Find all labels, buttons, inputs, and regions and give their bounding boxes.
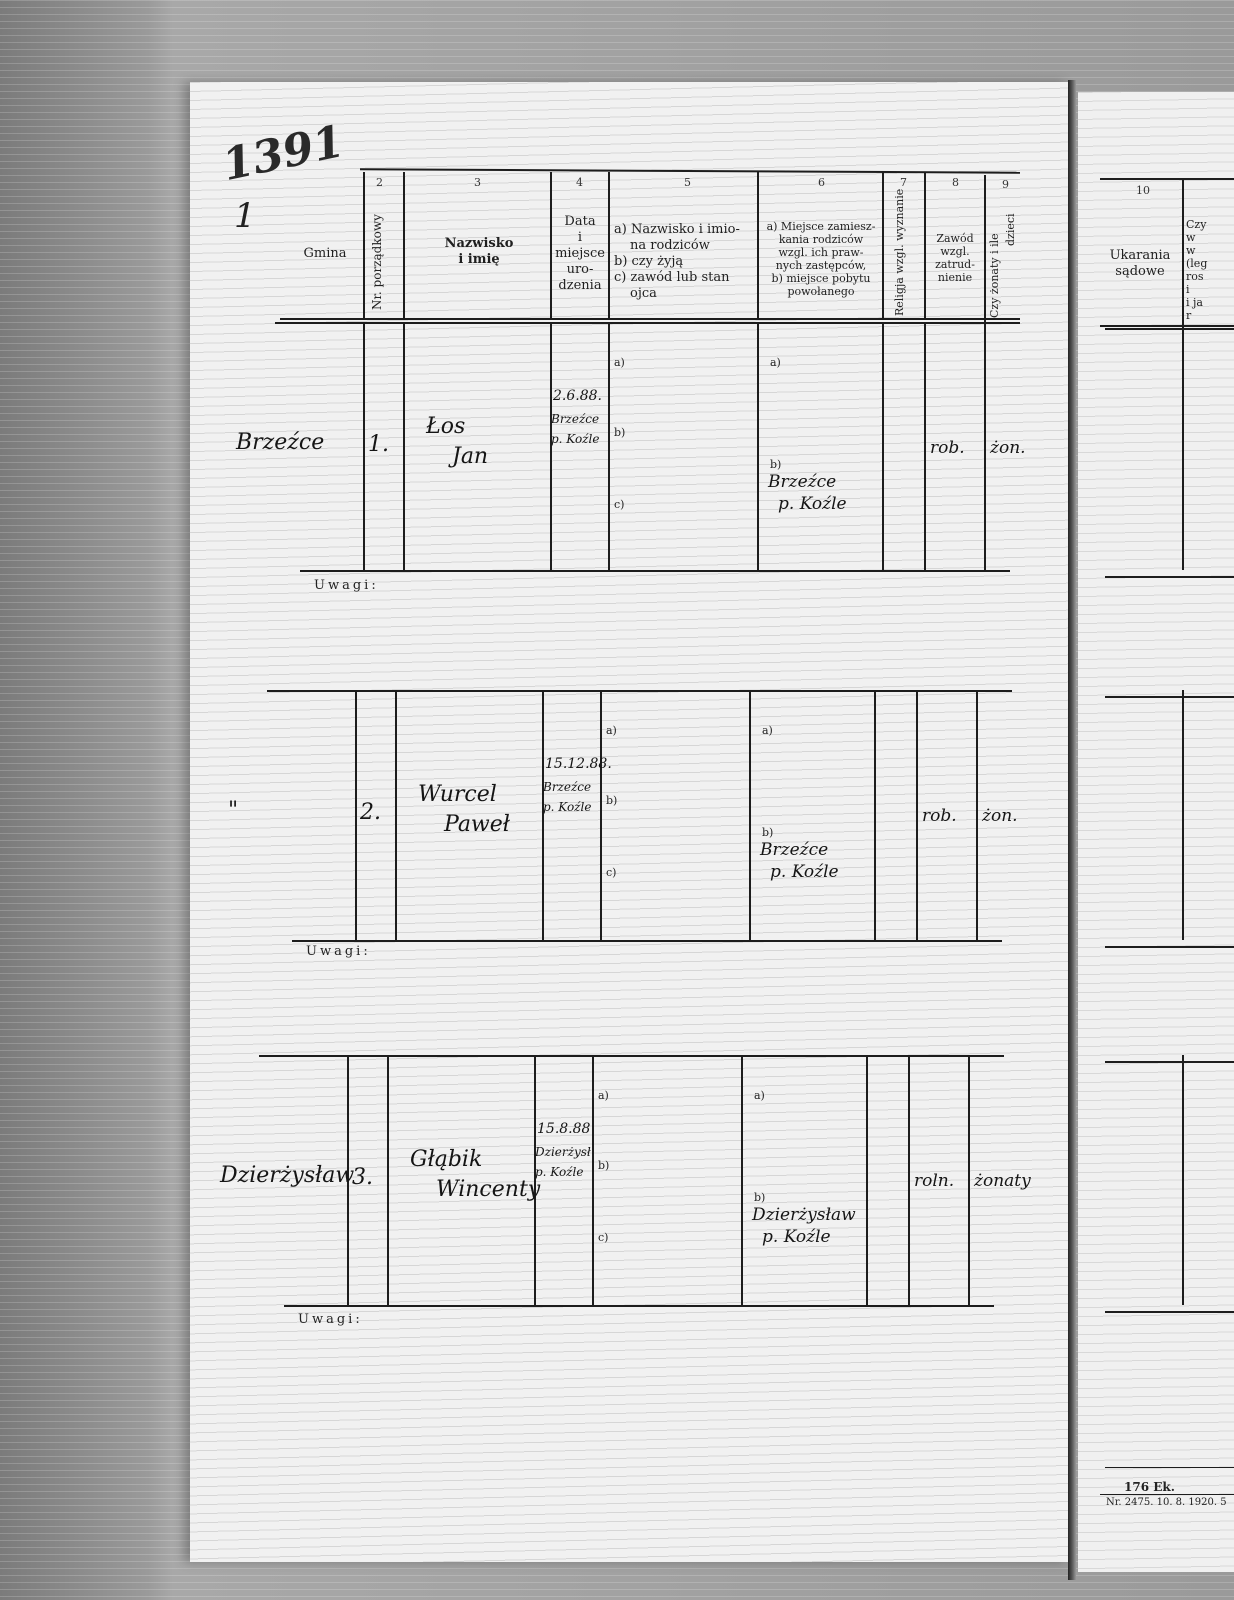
header-line: b) czy żyją <box>614 254 756 270</box>
entry-residence: Brzeźce <box>760 840 828 860</box>
col-divider <box>403 172 405 320</box>
header-line: w <box>1186 231 1234 244</box>
col-divider <box>866 1055 868 1305</box>
entry-residence-district: p. Koźle <box>778 494 847 514</box>
sub-label-a: a) <box>606 724 617 737</box>
header-line: (leg <box>1186 257 1234 270</box>
sub-label-b: b) <box>598 1159 609 1172</box>
entry-given-name: Wincenty <box>436 1177 540 1202</box>
header-line: Czy <box>1186 218 1234 231</box>
sub-label-b: b) <box>606 794 617 807</box>
col-divider <box>741 1055 743 1305</box>
entry-birth-district: p. Koźle <box>543 800 591 814</box>
col-divider <box>984 322 986 570</box>
header-bottom-rule-right <box>1100 325 1234 327</box>
col-divider <box>363 172 365 320</box>
form-code: 176 Ek. <box>1124 1480 1175 1494</box>
remarks-label: Uwagi: <box>298 1312 363 1327</box>
entry-top-rule-right <box>1105 1061 1234 1063</box>
entry-gmina: Dzierżysław <box>220 1163 354 1188</box>
sub-label-b: b) <box>614 426 625 439</box>
entry-gmina: Brzeźce <box>236 430 324 455</box>
sub-label-c: c) <box>606 866 616 879</box>
header-line: nienie <box>926 271 984 284</box>
header-line: a) Miejsce zamiesz- <box>760 220 882 233</box>
sub-label-c: c) <box>614 498 624 511</box>
entry-top-rule <box>275 322 1020 324</box>
col-divider <box>592 1055 594 1305</box>
header-line: Zawód <box>926 232 984 245</box>
col-number: 10 <box>1136 184 1150 197</box>
entry-top-rule-right <box>1105 328 1234 330</box>
sub-label-b: b) <box>770 458 781 471</box>
header-line: kania rodziców <box>760 233 882 246</box>
entry-birth-date: 2.6.88. <box>553 388 602 404</box>
sub-label-a: a) <box>762 724 773 737</box>
remarks-label: Uwagi: <box>306 944 371 959</box>
header-bottom-rule <box>280 318 1020 320</box>
sub-label-b: b) <box>754 1191 765 1204</box>
sub-label-a: a) <box>754 1089 765 1102</box>
col-number: 2 <box>376 176 383 189</box>
entry-given-name: Jan <box>452 444 488 469</box>
header-data-urodzenia: Data i miejsce uro- dzenia <box>551 214 609 294</box>
col-divider <box>363 322 365 570</box>
header-line: powołanego <box>760 285 882 298</box>
col-divider <box>916 690 918 940</box>
header-line: Ukarania <box>1100 248 1180 264</box>
entry-bottom-rule-right <box>1105 576 1234 578</box>
header-line: r <box>1186 309 1234 322</box>
entry-top-rule-right <box>1105 696 1234 698</box>
header-rodzice: a) Nazwisko i imio- na rodziców b) czy ż… <box>614 222 756 302</box>
header-line: sądowe <box>1100 264 1180 280</box>
header-line: Data <box>551 214 609 230</box>
header-line: i miejsce <box>551 230 609 262</box>
header-zonaty: Czy żonaty i ile <box>988 200 1001 318</box>
sheet-number: 1 <box>234 196 256 236</box>
entry-number: 3. <box>352 1165 373 1190</box>
col-divider <box>1182 1055 1184 1305</box>
entry-birth-date: 15.8.88 <box>537 1121 590 1137</box>
entry-occupation: rob. <box>922 806 957 826</box>
entry-number: 1. <box>368 432 389 457</box>
entry-marital-status: żon. <box>990 438 1026 458</box>
col-number: 7 <box>900 176 907 189</box>
entry-birth-place: Brzeźce <box>551 412 607 426</box>
entry-surname: Łos <box>426 414 465 439</box>
entry-surname: Głąbik <box>410 1147 482 1172</box>
entry-bottom-rule <box>292 940 1002 942</box>
header-line: b) miejsce pobytu <box>760 272 882 285</box>
entry-residence: Brzeźce <box>768 472 836 492</box>
header-zawod: Zawód wzgl. zatrud- nienie <box>926 232 984 284</box>
entry-birth-place: Dzierżysław <box>535 1145 591 1159</box>
header-col11-truncated: Czy w w (leg ros i i ja r <box>1186 218 1234 322</box>
header-line: w <box>1186 244 1234 257</box>
header-religja: Religja wzgl. wyznanie <box>893 194 906 316</box>
col-divider <box>882 172 884 320</box>
col-divider <box>395 690 397 940</box>
col-divider <box>908 1055 910 1305</box>
entry-residence: Dzierżysław <box>752 1205 856 1225</box>
entry-occupation: roln. <box>914 1171 954 1191</box>
header-line: c) zawód lub stan <box>614 270 756 286</box>
entry-bottom-rule-right <box>1105 946 1234 948</box>
entry-marital-status: żon. <box>982 806 1018 826</box>
col-number: 4 <box>576 176 583 189</box>
col-number: 3 <box>474 176 481 189</box>
header-line: zatrud- <box>926 258 984 271</box>
col-divider <box>542 690 544 940</box>
sub-label-b: b) <box>762 826 773 839</box>
entry-birth-place: Brzeźce <box>543 780 599 794</box>
header-dzieci: dzieci <box>1004 206 1017 246</box>
col-divider <box>874 690 876 940</box>
col-divider <box>924 322 926 570</box>
entry-marital-status: żonaty <box>974 1171 1031 1191</box>
entry-residence-district: p. Koźle <box>762 1227 831 1247</box>
col-divider <box>749 690 751 940</box>
col-divider <box>1182 322 1184 570</box>
sub-label-a: a) <box>598 1089 609 1102</box>
entry-bottom-rule <box>284 1305 994 1307</box>
imprint-rule <box>1105 1467 1234 1468</box>
imprint-rule <box>1100 1494 1234 1495</box>
entry-bottom-rule <box>300 570 1010 572</box>
entry-top-rule <box>267 690 1012 692</box>
header-line: ojca <box>614 286 756 302</box>
entry-birth-district: p. Koźle <box>535 1165 583 1179</box>
header-miejsce-zamieszkania: a) Miejsce zamiesz- kania rodziców wzgl.… <box>760 220 882 298</box>
header-ukarania: Ukarania sądowe <box>1100 248 1180 280</box>
sub-label-a: a) <box>614 356 625 369</box>
entry-top-rule <box>259 1055 1004 1057</box>
header-line: ros <box>1186 270 1234 283</box>
sub-label-a: a) <box>770 356 781 369</box>
entry-residence-district: p. Koźle <box>770 862 839 882</box>
col-number: 5 <box>684 176 691 189</box>
header-nazwisko: Nazwisko i imię <box>410 236 548 268</box>
header-line: uro- <box>551 262 609 278</box>
header-line: wzgl. ich praw- <box>760 246 882 259</box>
col-divider <box>976 690 978 940</box>
header-line: wzgl. <box>926 245 984 258</box>
col-divider <box>387 1055 389 1305</box>
entry-given-name: Paweł <box>444 812 510 837</box>
col-divider <box>600 690 602 940</box>
col-number: 8 <box>952 176 959 189</box>
remarks-label: Uwagi: <box>314 578 379 593</box>
header-top-rule-right <box>1100 178 1234 180</box>
header-nr-porzadkowy: Nr. porządkowy <box>370 200 384 310</box>
col-divider <box>550 322 552 570</box>
col-divider <box>403 322 405 570</box>
entry-number: 2. <box>360 800 381 825</box>
col-number: 6 <box>818 176 825 189</box>
col-divider <box>355 690 357 940</box>
header-line: na rodziców <box>614 238 756 254</box>
header-nazwisko-line2: i imię <box>410 252 548 268</box>
page-fold <box>1068 80 1076 1580</box>
col-divider <box>1182 690 1184 940</box>
entry-occupation: rob. <box>930 438 965 458</box>
col-divider <box>968 1055 970 1305</box>
header-line: i <box>1186 283 1234 296</box>
entry-bottom-rule-right <box>1105 1311 1234 1313</box>
col-divider <box>608 322 610 570</box>
sub-label-c: c) <box>598 1231 608 1244</box>
entry-surname: Wurcel <box>418 782 497 807</box>
print-line: Nr. 2475. 10. 8. 1920. 5 <box>1106 1497 1227 1508</box>
col-divider <box>1182 180 1184 328</box>
header-line: i ja <box>1186 296 1234 309</box>
entry-gmina: " <box>228 798 238 823</box>
col-divider <box>757 322 759 570</box>
col-divider <box>757 172 759 320</box>
header-line: a) Nazwisko i imio- <box>614 222 756 238</box>
header-nazwisko-line1: Nazwisko <box>410 236 548 252</box>
entry-birth-district: p. Koźle <box>551 432 599 446</box>
header-line: dzenia <box>551 278 609 294</box>
header-line: nych zastępców, <box>760 259 882 272</box>
col-divider <box>882 322 884 570</box>
col-number: 9 <box>1002 178 1009 191</box>
entry-birth-date: 15.12.88. <box>545 756 612 772</box>
header-gmina: Gmina <box>290 246 360 262</box>
col-divider <box>984 175 986 323</box>
